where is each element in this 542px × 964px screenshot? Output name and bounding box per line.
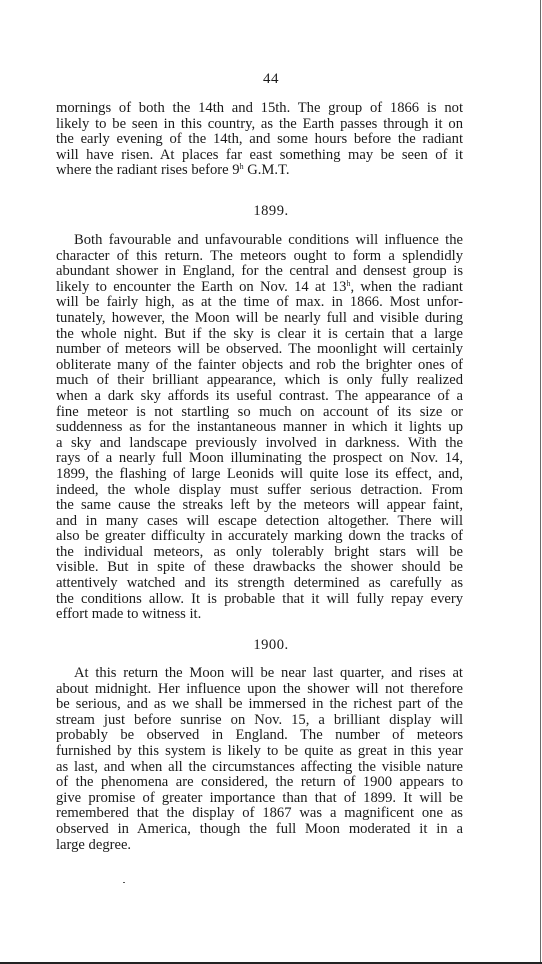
scan-speck [123, 882, 125, 883]
text-line: remembered that the display of 1867 was … [56, 806, 463, 822]
text-line: where the radiant rises before 9h G.M.T. [56, 163, 463, 179]
text-line: stream just before sunrise on Nov. 15, a… [56, 713, 463, 729]
text-line: much of their brilliant appearance, whic… [56, 373, 463, 389]
text-line: when a dark sky affords its useful contr… [56, 389, 463, 405]
text-line: suddenness as for the instantaneous mann… [56, 420, 463, 436]
text-line: tunately, however, the Moon will be near… [56, 311, 463, 327]
text-line: 1899, the flashing of large Leonids will… [56, 467, 463, 483]
text-line: of the phenomena are considered, the ret… [56, 775, 463, 791]
text-line: the early evening of the 14th, and some … [56, 132, 463, 148]
text-line: furnished by this system is likely to be… [56, 744, 463, 760]
text-line: rays of a nearly full Moon illuminating … [56, 451, 463, 467]
intro-paragraph: mornings of both the 14th and 15th. The … [56, 101, 463, 179]
text-line: abundant shower in England, for the cent… [56, 264, 463, 280]
text-line: number of meteors will be observed. The … [56, 342, 463, 358]
section-heading-1900: 1900. [0, 637, 542, 654]
text-line: character of this return. The meteors ou… [56, 249, 463, 265]
page-number: 44 [0, 71, 542, 88]
text-line: also be greater difficulty in accurately… [56, 529, 463, 545]
text-line: observed in America, though the full Moo… [56, 822, 463, 838]
section-1900-paragraph: At this return the Moon will be near las… [56, 666, 463, 853]
text-line: mornings of both the 14th and 15th. The … [56, 101, 463, 117]
text-line: visible. But in spite of these drawbacks… [56, 560, 463, 576]
text-line: attentively watched and its strength det… [56, 576, 463, 592]
text-line: a sky and landscape previously involved … [56, 436, 463, 452]
text-line: obliterate many of the fainter objects a… [56, 358, 463, 374]
section-heading-1899: 1899. [0, 203, 542, 220]
text-line: likely to encounter the Earth on Nov. 14… [56, 280, 463, 296]
text-line: probably be observed in England. The num… [56, 728, 463, 744]
text-line: give promise of greater importance than … [56, 791, 463, 807]
text-line: be serious, and as we shall be immersed … [56, 697, 463, 713]
text-line: the whole night. But if the sky is clear… [56, 327, 463, 343]
section-1899-paragraph: Both favourable and unfavourable conditi… [56, 233, 463, 623]
text-line: Both favourable and unfavourable conditi… [56, 233, 463, 249]
text-line: will be fairly high, as at the time of m… [56, 295, 463, 311]
text-line: as last, and when all the circumstances … [56, 760, 463, 776]
text-line: large degree. [56, 838, 463, 854]
text-line: and in many cases will escape detection … [56, 514, 463, 530]
text-line: the individual meteors, as only tolerabl… [56, 545, 463, 561]
text-line: the same cause the streaks left by the m… [56, 498, 463, 514]
text-line: the conditions allow. It is probable tha… [56, 592, 463, 608]
text-line: will have risen. At places far east some… [56, 148, 463, 164]
page-right-edge [540, 0, 541, 964]
text-line: fine meteor is not startling so much on … [56, 405, 463, 421]
text-line: about midnight. Her influence upon the s… [56, 682, 463, 698]
text-line: At this return the Moon will be near las… [56, 666, 463, 682]
text-line: effort made to witness it. [56, 607, 463, 623]
text-line: likely to be seen in this country, as th… [56, 117, 463, 133]
text-line: indeed, the whole display must suffer se… [56, 483, 463, 499]
